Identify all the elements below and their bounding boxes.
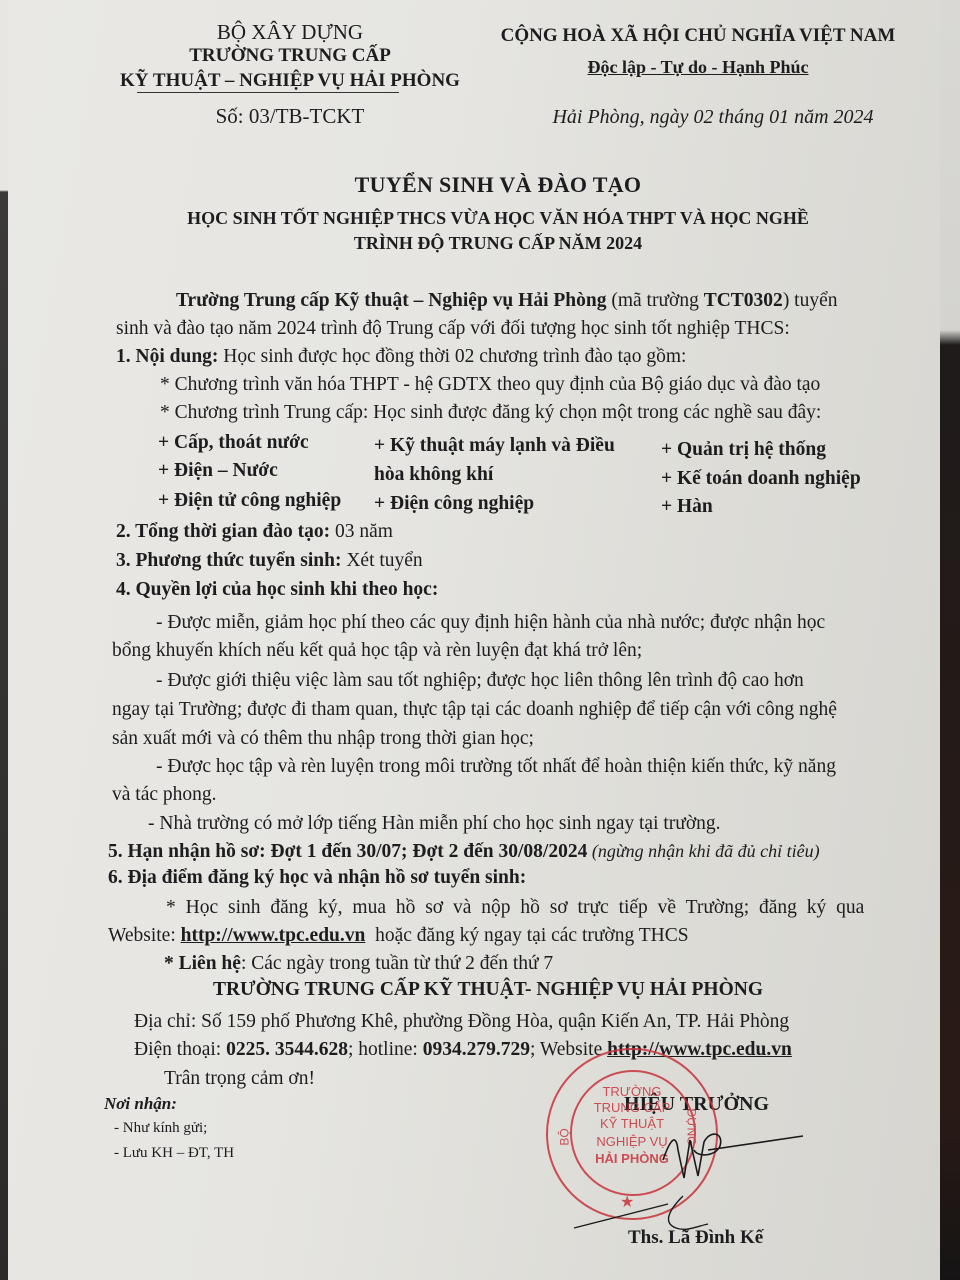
signer-name: Ths. Lã Đình Kế bbox=[628, 1227, 763, 1249]
background-edge-right bbox=[938, 0, 960, 1280]
handwritten-signature bbox=[8, 0, 940, 1280]
document-page: BỘ XÂY DỰNG TRƯỜNG TRUNG CẤP KỸ THUẬT – … bbox=[8, 0, 940, 1280]
background-edge-left bbox=[0, 0, 8, 1280]
